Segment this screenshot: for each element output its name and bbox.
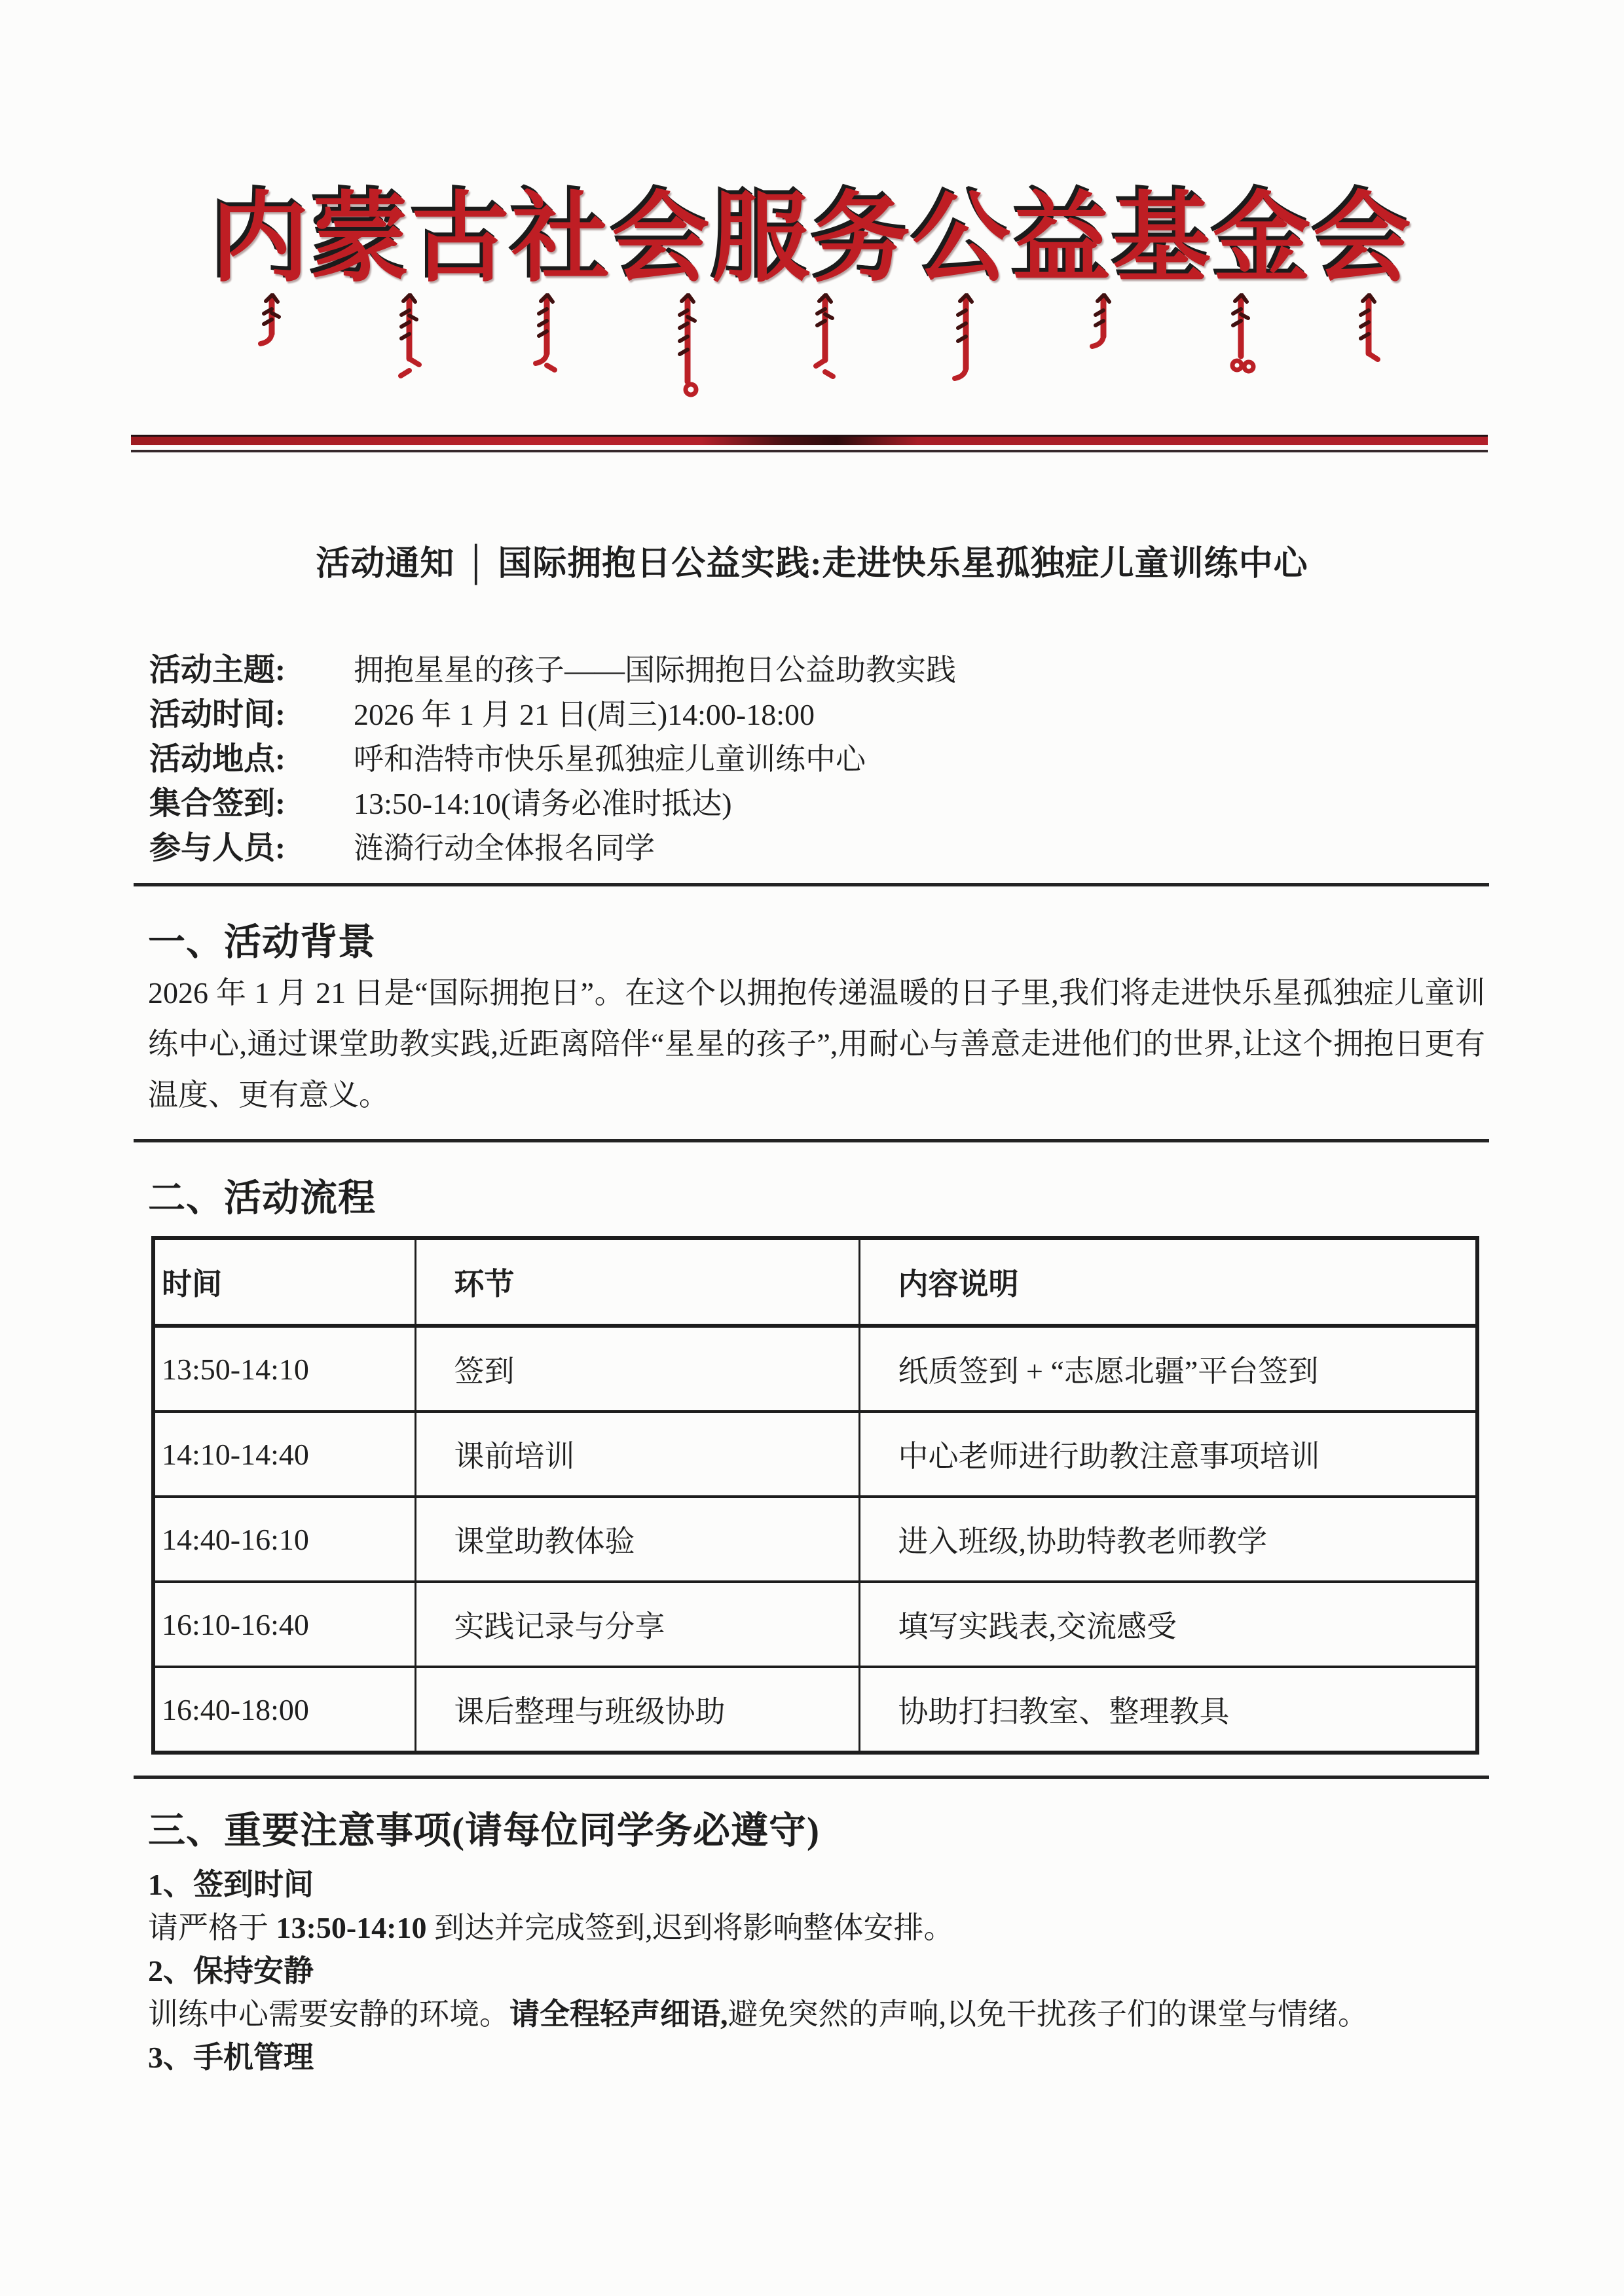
section-divider: [134, 883, 1489, 886]
note2-seg2: 避免突然的声响,以免干扰孩子们的课堂与情绪。: [728, 1997, 1369, 2031]
note2-body: 训练中心需要安静的环境。请全程轻声细语,避免突然的声响,以免干扰孩子们的课堂与情…: [148, 1993, 1409, 2036]
info-row-place: 活动地点: 呼和浩特市快乐星孤独症儿童训练中心: [149, 733, 956, 778]
col-header-desc: 内容说明: [859, 1238, 1477, 1326]
mongolian-script-icon: [0, 293, 1624, 405]
table-row: 14:10-14:40 课前培训 中心老师进行助教注意事项培训: [153, 1412, 1477, 1497]
cell-step: 实践记录与分享: [415, 1582, 859, 1667]
activity-info-block: 活动主题: 拥抱星星的孩子——国际拥抱日公益助教实践 活动时间: 2026 年 …: [149, 644, 956, 867]
info-value: 呼和浩特市快乐星孤独症儿童训练中心: [354, 735, 866, 778]
cell-time: 16:40-18:00: [153, 1667, 415, 1753]
section-divider: [134, 1776, 1489, 1779]
cell-step: 课堂助教体验: [415, 1497, 859, 1582]
cell-desc: 进入班级,协助特教老师教学: [859, 1497, 1477, 1582]
schedule-table: 时间 环节 内容说明 13:50-14:10 签到 纸质签到 + “志愿北疆”平…: [151, 1236, 1479, 1755]
note1-body: 请严格于 13:50-14:10 到达并完成签到,迟到将影响整体安排。: [148, 1906, 1409, 1950]
cell-desc: 填写实践表,交流感受: [859, 1582, 1477, 1667]
note1-seg0: 请严格于: [148, 1911, 276, 1944]
col-header-time: 时间: [153, 1238, 415, 1326]
table-row: 16:10-16:40 实践记录与分享 填写实践表,交流感受: [153, 1582, 1477, 1667]
info-value: 2026 年 1 月 21 日(周三)14:00-18:00: [354, 691, 815, 734]
header-divider-thin-line: [131, 450, 1488, 452]
note2-seg1-bold: 请全程轻声细语,: [509, 1997, 728, 2031]
cell-time: 14:10-14:40: [153, 1412, 415, 1497]
header-divider-thick-line: [131, 435, 1488, 445]
document-title: 活动通知 │ 国际拥抱日公益实践:走进快乐星孤独症儿童训练中心: [0, 536, 1624, 585]
info-row-time: 活动时间: 2026 年 1 月 21 日(周三)14:00-18:00: [149, 689, 956, 733]
note1-seg1-time: 13:50-14:10: [276, 1911, 427, 1944]
cell-desc: 中心老师进行助教注意事项培训: [859, 1412, 1477, 1497]
notes-block: 1、签到时间 请严格于 13:50-14:10 到达并完成签到,迟到将影响整体安…: [148, 1863, 1409, 2079]
info-label: 活动地点:: [149, 733, 354, 778]
cell-step: 课后整理与班级协助: [415, 1667, 859, 1753]
info-label: 活动主题:: [149, 644, 354, 689]
info-label: 参与人员:: [149, 822, 354, 867]
info-label: 集合签到:: [149, 778, 354, 823]
section1-paragraph: 2026 年 1 月 21 日是“国际拥抱日”。在这个以拥抱传递温暖的日子里,我…: [148, 968, 1485, 1121]
info-label: 活动时间:: [149, 689, 354, 734]
cell-time: 16:10-16:40: [153, 1582, 415, 1667]
info-value: 13:50-14:10(请务必准时抵达): [354, 780, 732, 823]
cell-step: 课前培训: [415, 1412, 859, 1497]
section-divider: [134, 1139, 1489, 1142]
note2-title: 2、保持安静: [148, 1950, 1409, 1993]
note2-seg0: 训练中心需要安静的环境。: [148, 1997, 509, 2031]
table-row: 16:40-18:00 课后整理与班级协助 协助打扫教室、整理教具: [153, 1667, 1477, 1753]
cell-desc: 协助打扫教室、整理教具: [859, 1667, 1477, 1753]
section1-heading: 一、活动背景: [148, 912, 376, 966]
info-row-signin: 集合签到: 13:50-14:10(请务必准时抵达): [149, 778, 956, 822]
foundation-logo-title: 内蒙古社会服务公益基金会: [0, 185, 1624, 295]
schedule-header-row: 时间 环节 内容说明: [153, 1238, 1477, 1326]
info-row-participants: 参与人员: 涟漪行动全体报名同学: [149, 822, 956, 867]
section3-heading: 三、重要注意事项(请每位同学务必遵守): [148, 1800, 820, 1854]
cell-desc: 纸质签到 + “志愿北疆”平台签到: [859, 1326, 1477, 1412]
info-value: 拥抱星星的孩子——国际拥抱日公益助教实践: [354, 646, 956, 689]
table-row: 14:40-16:10 课堂助教体验 进入班级,协助特教老师教学: [153, 1497, 1477, 1582]
table-row: 13:50-14:10 签到 纸质签到 + “志愿北疆”平台签到: [153, 1326, 1477, 1412]
note3-title: 3、手机管理: [148, 2036, 1409, 2079]
info-value: 涟漪行动全体报名同学: [354, 824, 655, 867]
header-divider: [131, 435, 1488, 452]
cell-step: 签到: [415, 1326, 859, 1412]
col-header-step: 环节: [415, 1238, 859, 1326]
section2-heading: 二、活动流程: [148, 1168, 376, 1222]
note1-seg2: 到达并完成签到,迟到将影响整体安排。: [426, 1911, 953, 1944]
info-row-theme: 活动主题: 拥抱星星的孩子——国际拥抱日公益助教实践: [149, 644, 956, 689]
note1-title: 1、签到时间: [148, 1863, 1409, 1906]
cell-time: 13:50-14:10: [153, 1326, 415, 1412]
cell-time: 14:40-16:10: [153, 1497, 415, 1582]
